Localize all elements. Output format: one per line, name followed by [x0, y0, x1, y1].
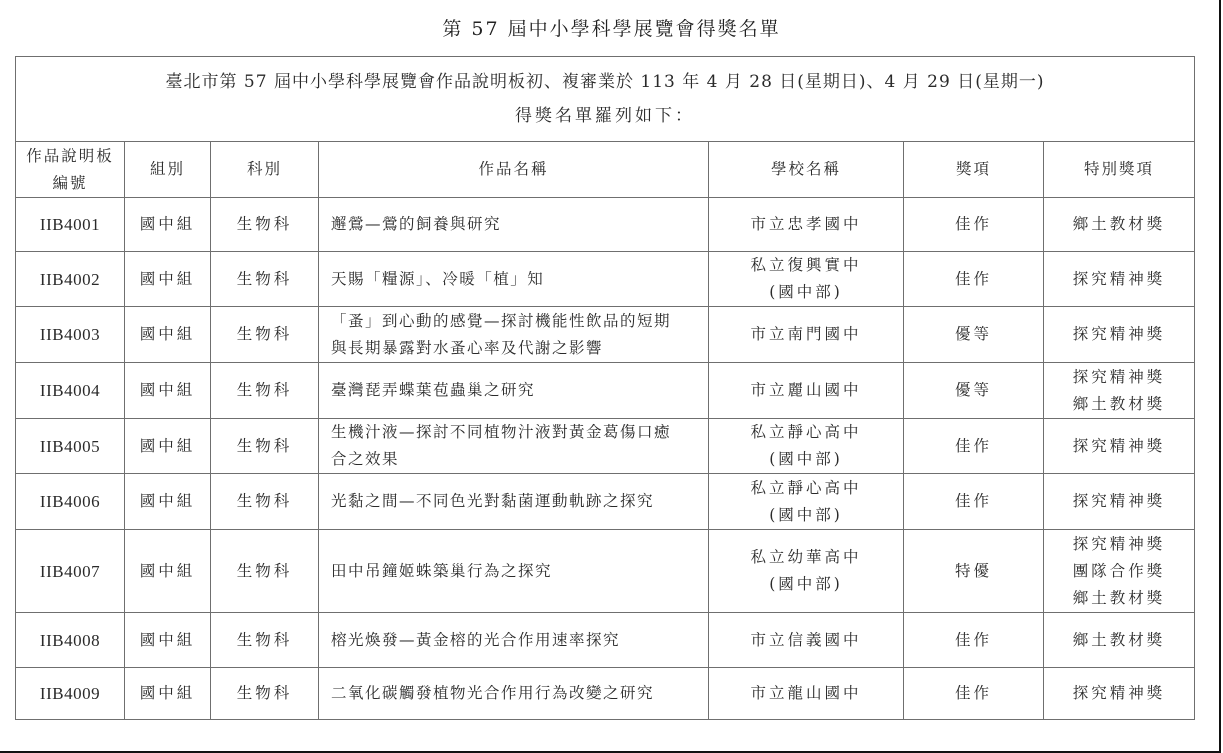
cell-school: 市立南門國中	[709, 307, 904, 363]
school-line: 私立靜心高中	[709, 475, 903, 502]
intro-line-1: 臺北市第 57 屆中小學科學展覽會作品說明板初、複審業於 113 年 4 月 2…	[16, 65, 1194, 99]
school-line: 市立麗山國中	[709, 377, 903, 404]
cell-work-title: 天賜「糧源」、冷暖「植」知	[319, 252, 709, 307]
work-title-line: 二氧化碳觸發植物光合作用行為改變之研究	[331, 680, 700, 707]
cell-group: 國中組	[125, 363, 211, 419]
cell-subject: 生物科	[211, 530, 319, 613]
cell-award: 佳作	[904, 613, 1044, 668]
work-title-line: 田中吊鐘姬蛛築巢行為之探究	[331, 558, 700, 585]
cell-id: IIB4003	[16, 307, 125, 363]
table-row: IIB4007國中組生物科田中吊鐘姬蛛築巢行為之探究私立幼華高中(國中部)特優探…	[16, 530, 1195, 613]
cell-group: 國中組	[125, 419, 211, 474]
header-id-line-1: 作品說明板	[16, 143, 124, 170]
header-subject: 科別	[211, 142, 319, 198]
table-row: IIB4004國中組生物科臺灣琵弄蝶葉苞蟲巢之研究市立麗山國中優等探究精神獎鄉土…	[16, 363, 1195, 419]
work-title-line: 合之效果	[331, 446, 700, 473]
cell-award: 佳作	[904, 474, 1044, 530]
header-special-award: 特別獎項	[1044, 142, 1195, 198]
cell-work-title: 榕光煥發—黃金榕的光合作用速率探究	[319, 613, 709, 668]
table-row: IIB4008國中組生物科榕光煥發—黃金榕的光合作用速率探究市立信義國中佳作鄉土…	[16, 613, 1195, 668]
school-line: (國中部)	[709, 446, 903, 473]
header-id: 作品說明板 編號	[16, 142, 125, 198]
cell-id: IIB4005	[16, 419, 125, 474]
cell-group: 國中組	[125, 198, 211, 252]
table-row: IIB4005國中組生物科生機汁液—探討不同植物汁液對黃金葛傷口癒合之效果私立靜…	[16, 419, 1195, 474]
cell-school: 私立復興實中(國中部)	[709, 252, 904, 307]
cell-work-title: 二氧化碳觸發植物光合作用行為改變之研究	[319, 668, 709, 720]
cell-school: 市立忠孝國中	[709, 198, 904, 252]
special-award-line: 鄉土教材獎	[1044, 211, 1194, 238]
cell-special-award: 探究精神獎	[1044, 252, 1195, 307]
cell-work-title: 生機汁液—探討不同植物汁液對黃金葛傷口癒合之效果	[319, 419, 709, 474]
cell-id: IIB4006	[16, 474, 125, 530]
cell-special-award: 探究精神獎	[1044, 668, 1195, 720]
work-title-line: 邂鶯—鶯的飼養與研究	[331, 211, 700, 238]
school-line: 市立信義國中	[709, 627, 903, 654]
cell-special-award: 探究精神獎	[1044, 474, 1195, 530]
cell-special-award: 探究精神獎團隊合作獎鄉土教材獎	[1044, 530, 1195, 613]
school-line: 市立龍山國中	[709, 680, 903, 707]
special-award-line: 探究精神獎	[1044, 364, 1194, 391]
cell-special-award: 探究精神獎	[1044, 419, 1195, 474]
cell-id: IIB4009	[16, 668, 125, 720]
cell-school: 市立信義國中	[709, 613, 904, 668]
school-line: 私立靜心高中	[709, 419, 903, 446]
special-award-line: 探究精神獎	[1044, 531, 1194, 558]
work-title-line: 生機汁液—探討不同植物汁液對黃金葛傷口癒	[331, 419, 700, 446]
cell-work-title: 光黏之間—不同色光對黏菌運動軌跡之探究	[319, 474, 709, 530]
table-row: IIB4009國中組生物科二氧化碳觸發植物光合作用行為改變之研究市立龍山國中佳作…	[16, 668, 1195, 720]
special-award-line: 探究精神獎	[1044, 321, 1194, 348]
cell-subject: 生物科	[211, 307, 319, 363]
school-line: (國中部)	[709, 279, 903, 306]
school-line: 私立復興實中	[709, 252, 903, 279]
special-award-line: 探究精神獎	[1044, 266, 1194, 293]
work-title-line: 「蚤」到心動的感覺—探討機能性飲品的短期	[331, 308, 700, 335]
header-row: 作品說明板 編號 組別 科別 作品名稱 學校名稱 獎項 特別獎項	[16, 142, 1195, 198]
cell-school: 私立靜心高中(國中部)	[709, 474, 904, 530]
cell-award: 優等	[904, 307, 1044, 363]
school-line: (國中部)	[709, 571, 903, 598]
school-line: (國中部)	[709, 502, 903, 529]
special-award-line: 探究精神獎	[1044, 433, 1194, 460]
special-award-line: 探究精神獎	[1044, 680, 1194, 707]
cell-school: 市立麗山國中	[709, 363, 904, 419]
header-id-line-2: 編號	[16, 170, 124, 197]
cell-id: IIB4004	[16, 363, 125, 419]
table-row: IIB4002國中組生物科天賜「糧源」、冷暖「植」知私立復興實中(國中部)佳作探…	[16, 252, 1195, 307]
cell-subject: 生物科	[211, 613, 319, 668]
cell-subject: 生物科	[211, 474, 319, 530]
cell-work-title: 臺灣琵弄蝶葉苞蟲巢之研究	[319, 363, 709, 419]
cell-school: 私立靜心高中(國中部)	[709, 419, 904, 474]
cell-subject: 生物科	[211, 198, 319, 252]
cell-subject: 生物科	[211, 419, 319, 474]
header-school: 學校名稱	[709, 142, 904, 198]
table-body: IIB4001國中組生物科邂鶯—鶯的飼養與研究市立忠孝國中佳作鄉土教材獎IIB4…	[16, 198, 1195, 720]
cell-subject: 生物科	[211, 252, 319, 307]
special-award-line: 鄉土教材獎	[1044, 585, 1194, 612]
cell-special-award: 探究精神獎	[1044, 307, 1195, 363]
cell-award: 優等	[904, 363, 1044, 419]
school-line: 市立南門國中	[709, 321, 903, 348]
cell-group: 國中組	[125, 252, 211, 307]
cell-group: 國中組	[125, 613, 211, 668]
cell-school: 市立龍山國中	[709, 668, 904, 720]
table-row: IIB4001國中組生物科邂鶯—鶯的飼養與研究市立忠孝國中佳作鄉土教材獎	[16, 198, 1195, 252]
intro-line-2: 得獎名單羅列如下：	[16, 99, 1194, 133]
cell-id: IIB4008	[16, 613, 125, 668]
work-title-line: 與長期暴露對水蚤心率及代謝之影響	[331, 335, 700, 362]
work-title-line: 榕光煥發—黃金榕的光合作用速率探究	[331, 627, 700, 654]
cell-group: 國中組	[125, 474, 211, 530]
cell-work-title: 邂鶯—鶯的飼養與研究	[319, 198, 709, 252]
document-title: 第 57 屆中小學科學展覽會得獎名單	[0, 14, 1223, 41]
cell-group: 國中組	[125, 307, 211, 363]
cell-school: 私立幼華高中(國中部)	[709, 530, 904, 613]
cell-work-title: 田中吊鐘姬蛛築巢行為之探究	[319, 530, 709, 613]
work-title-line: 臺灣琵弄蝶葉苞蟲巢之研究	[331, 377, 700, 404]
cell-award: 佳作	[904, 252, 1044, 307]
table-row: IIB4003國中組生物科「蚤」到心動的感覺—探討機能性飲品的短期與長期暴露對水…	[16, 307, 1195, 363]
cell-award: 佳作	[904, 198, 1044, 252]
cell-id: IIB4001	[16, 198, 125, 252]
school-line: 市立忠孝國中	[709, 211, 903, 238]
header-group: 組別	[125, 142, 211, 198]
cell-award: 特優	[904, 530, 1044, 613]
cell-subject: 生物科	[211, 363, 319, 419]
work-title-line: 光黏之間—不同色光對黏菌運動軌跡之探究	[331, 488, 700, 515]
cell-subject: 生物科	[211, 668, 319, 720]
cell-special-award: 鄉土教材獎	[1044, 198, 1195, 252]
table-row: IIB4006國中組生物科光黏之間—不同色光對黏菌運動軌跡之探究私立靜心高中(國…	[16, 474, 1195, 530]
page-frame-right-edge	[1219, 0, 1221, 753]
cell-id: IIB4007	[16, 530, 125, 613]
award-list-table: 臺北市第 57 屆中小學科學展覽會作品說明板初、複審業於 113 年 4 月 2…	[15, 56, 1195, 720]
intro-cell: 臺北市第 57 屆中小學科學展覽會作品說明板初、複審業於 113 年 4 月 2…	[16, 57, 1195, 142]
header-award: 獎項	[904, 142, 1044, 198]
intro-row: 臺北市第 57 屆中小學科學展覽會作品說明板初、複審業於 113 年 4 月 2…	[16, 57, 1195, 142]
header-work-title: 作品名稱	[319, 142, 709, 198]
special-award-line: 鄉土教材獎	[1044, 627, 1194, 654]
cell-special-award: 鄉土教材獎	[1044, 613, 1195, 668]
special-award-line: 團隊合作獎	[1044, 558, 1194, 585]
cell-award: 佳作	[904, 668, 1044, 720]
work-title-line: 天賜「糧源」、冷暖「植」知	[331, 266, 700, 293]
school-line: 私立幼華高中	[709, 544, 903, 571]
special-award-line: 鄉土教材獎	[1044, 391, 1194, 418]
cell-group: 國中組	[125, 668, 211, 720]
special-award-line: 探究精神獎	[1044, 488, 1194, 515]
cell-id: IIB4002	[16, 252, 125, 307]
cell-award: 佳作	[904, 419, 1044, 474]
cell-group: 國中組	[125, 530, 211, 613]
cell-special-award: 探究精神獎鄉土教材獎	[1044, 363, 1195, 419]
cell-work-title: 「蚤」到心動的感覺—探討機能性飲品的短期與長期暴露對水蚤心率及代謝之影響	[319, 307, 709, 363]
